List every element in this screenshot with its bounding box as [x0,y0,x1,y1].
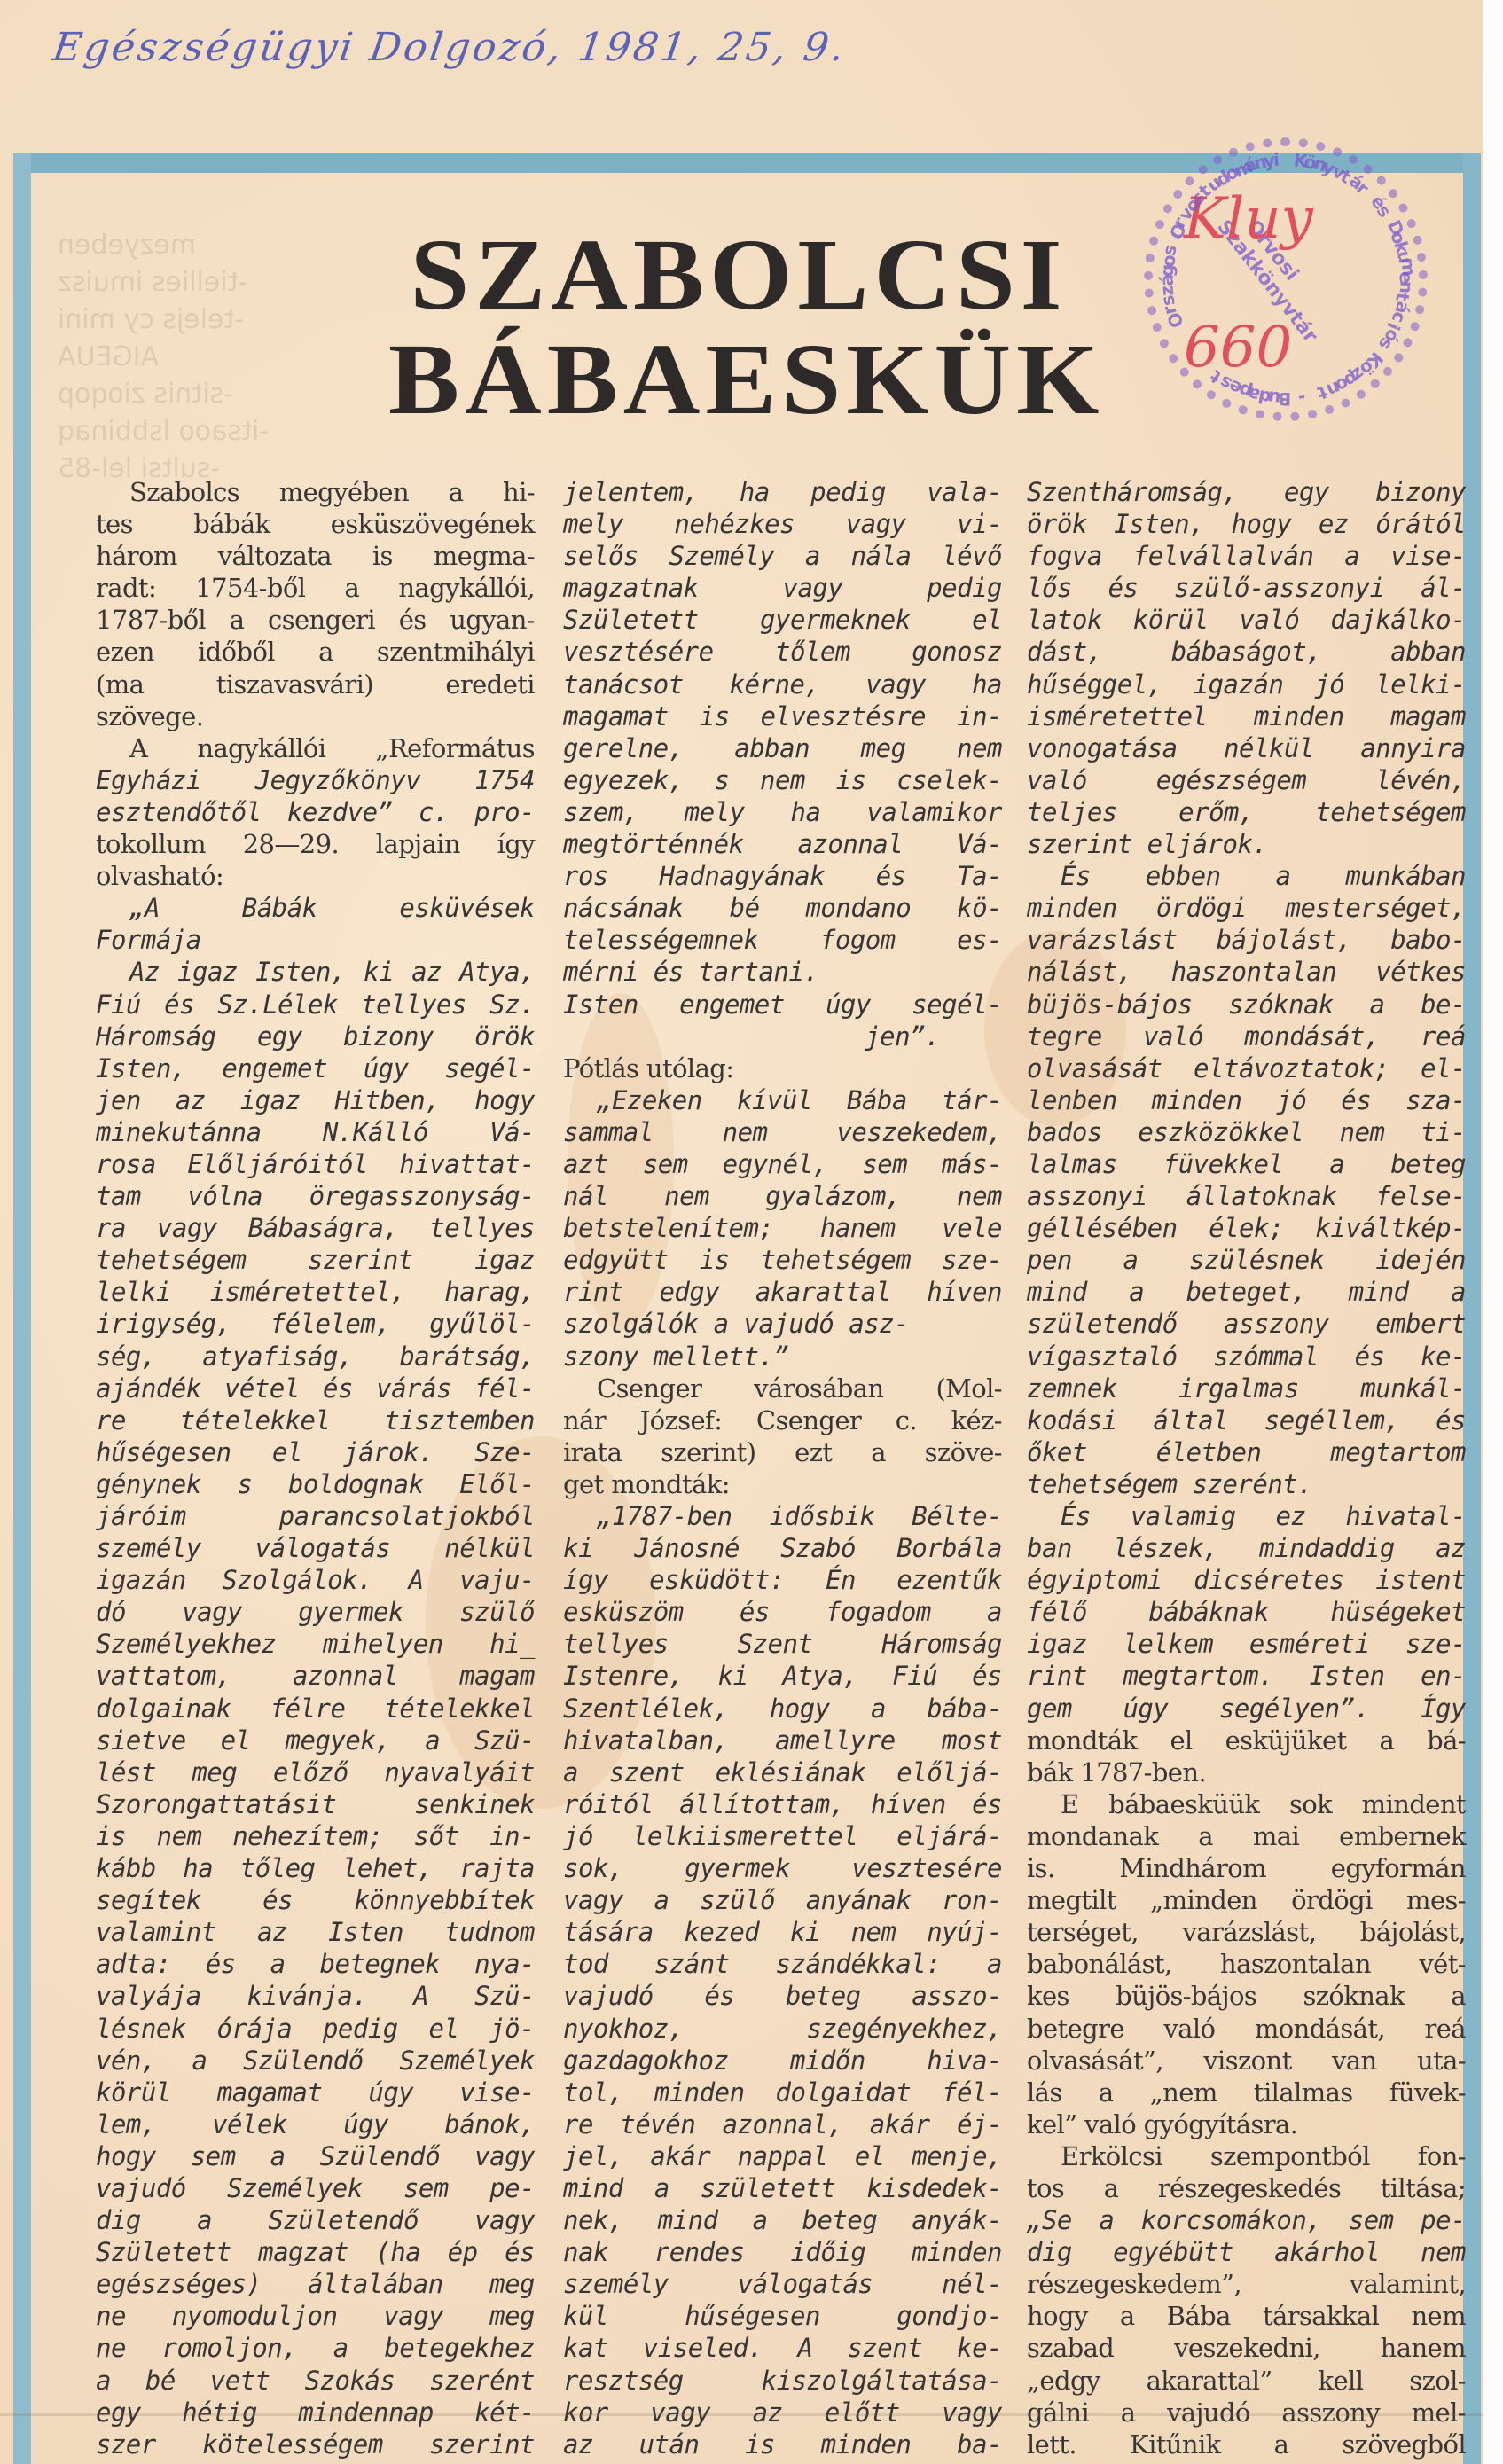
article-line: lett. Kitűnik a szövegből [1027,2429,1466,2460]
article-line: jelentem, ha pedig vala- [563,476,1002,508]
article-line: ne romoljon, a betegekhez [96,2332,535,2364]
article-line: gazdagokhoz midőn hiva- [563,2045,1002,2077]
article-line: igaz lelkem esméreti sze- [1027,1628,1466,1660]
blue-frame-left [13,153,31,2464]
article-line: ki Jánosné Szabó Borbála [563,1532,1002,1564]
article-line: azt sem egynél, sem más- [563,1148,1002,1180]
article-line: sammal nem veszekedem, [563,1116,1002,1148]
article-line: varázslást bájolást, babo- [1027,924,1466,956]
article-line: a bé vett Szokás szerént [96,2365,535,2397]
article-line: irigység, félelem, gyűlöl- [96,1308,535,1340]
article-line: három változata is megma- [96,540,535,572]
article-line: get mondták: [563,1468,1002,1500]
article-line: valyája kivánja. A Szü- [96,1980,535,2012]
article-line: tes bábák esküszövegének [96,508,535,540]
article-line: így esküdött: Én ezentűk [563,1564,1002,1596]
article-line: „Ezeken kívül Bába tár- [563,1084,1002,1116]
article-title-line-1: SZABOLCSI [388,224,1089,325]
article-line: Született gyermeknek el [563,604,1002,636]
article-line: róitól állítottam, híven és [563,1788,1002,1820]
article-line: nár József: Csenger c. kéz- [563,1404,1002,1436]
article-line: magamat is elvesztésre in- [563,700,1002,732]
article-line: lős és szülő-asszonyi ál- [1027,572,1466,604]
article-line: És valamig ez hivatal- [1027,1500,1466,1532]
article-line: rint edgy akarattal híven [563,1276,1002,1308]
article-line: „A Bábák esküvések [96,892,535,924]
article-line: tására kezed ki nem nyúj- [563,1916,1002,1948]
article-line: nak rendes időig minden [563,2236,1002,2268]
article-line: örök Isten, hogy ez órától [1027,508,1466,540]
article-line: Isten, engemet úgy segél- [96,1052,535,1084]
article-line: hűséggel, igazán jó lelki- [1027,669,1466,700]
article-line: személy válogatás nélkül [96,1532,535,1564]
article-line: ne nyomoduljon vagy meg [96,2300,535,2332]
article-line: ban lészek, mindaddig az [1027,1532,1466,1564]
article-line: olvasását”, viszont van uta- [1027,2045,1466,2077]
article-line: szolgálók a vajudó asz- [563,1308,1002,1340]
article-line: vén, a Szülendő Személyek [96,2045,535,2077]
article-line: nácsának bé mondano kö- [563,892,1002,924]
article-line: lenben minden jó és sza- [1027,1084,1466,1116]
article-line: egyezek, s nem is cselek- [563,764,1002,796]
article-line: „edgy akarattal” kell szol- [1027,2365,1466,2397]
article-line: nyokhoz, szegényekhez, [563,2013,1002,2045]
article-line: Istenre, ki Atya, Fiú és [563,1660,1002,1692]
article-line: vattatom, azonnal magam [96,1660,535,1692]
article-column-2: jelentem, ha pedig vala-mely nehézkes va… [563,476,1002,2460]
article-line: teljes erőm, tehetségem [1027,796,1466,828]
article-line: sietve el megyek, a Szü- [96,1725,535,1756]
article-line: babonálást, haszontalan vét- [1027,1948,1466,1980]
article-line: tegre való mondását, reá [1027,1021,1466,1052]
article-line: mind a beteget, mind a [1027,1276,1466,1308]
article-line: Szentháromság, egy bizony [1027,476,1466,508]
article-line: mely nehézkes vagy vi- [563,508,1002,540]
article-line: tod szánt szándékkal: a [563,1948,1002,1980]
article-line: lalmas füvekkel a beteg [1027,1148,1466,1180]
article-line: gálni a vajudó asszony mel- [1027,2397,1466,2429]
bleed-through-line: -tiellies imuisz [58,263,247,302]
article-line: szony mellett.” [563,1341,1002,1373]
article-line: gem úgy segélyen”. Így [1027,1693,1466,1725]
article-line: nál nem gyalázom, nem [563,1180,1002,1212]
scan-margin [1483,0,1503,2464]
article-line: Szorongattatásit senkinek [96,1788,535,1820]
article-line: isméretettel minden magam [1027,700,1466,732]
article-line: valamint az Isten tudnom [96,1916,535,1948]
stamp-ring-char: z [1155,285,1178,297]
article-line: ezen időből a szentmihályi [96,636,535,668]
article-line: telességemnek fogom es- [563,924,1002,956]
bleed-through-line: AIGEUA [58,338,159,377]
article-line: olvasását eltávoztatok; el- [1027,1052,1466,1084]
article-line: hűségesen el járok. Sze- [96,1436,535,1468]
article-line: kor vagy az előtt vagy [563,2397,1002,2429]
article-line: vajudó Személyek sem pe- [96,2172,535,2204]
article-line: És ebben a munkában [1027,860,1466,892]
article-line: magzatnak vagy pedig [563,572,1002,604]
article-line: rosa Előljáróitól hivattat- [96,1148,535,1180]
article-line: ajándék vétel és várás fél- [96,1373,535,1404]
article-line: dig egyébütt akárhol nem [1027,2236,1466,2268]
blue-frame-right [1463,153,1481,2464]
article-line: kül hűségesen gondjo- [563,2300,1002,2332]
article-line: Szabolcs megyében a hi- [96,476,535,508]
article-line: kat viseled. A szent ke- [563,2332,1002,2364]
article-line: is nem nehezítem; sőt in- [96,1820,535,1852]
article-line: ség, atyafiság, barátság, [96,1341,535,1373]
article-line: vonogatása nélkül annyira [1027,732,1466,764]
article-line: mind a született kisdedek- [563,2172,1002,2204]
article-line: is. Mindhárom egyformán [1027,1852,1466,1884]
article-line: dó vagy gyermek szülő [96,1596,535,1628]
article-line: Személyekhez mihelyen hi_ [96,1628,535,1660]
article-line: vagy a szülő anyának ron- [563,1884,1002,1916]
article-line: resztség kiszolgáltatása- [563,2365,1002,2397]
article-line: ra vagy Bábaságra, tellyes [96,1212,535,1244]
article-line: lelki isméretettel, harag, [96,1276,535,1308]
article-line: hogy sem a Szülendő vagy [96,2140,535,2172]
article-line: re tételekkel tisztemben [96,1404,535,1436]
article-line: lás a „nem tilalmas füvek- [1027,2077,1466,2108]
article-line: tellyes Szent Háromság [563,1628,1002,1660]
article-line: dig a Születendő vagy [96,2204,535,2236]
article-line: mérni és tartani. [563,956,1002,988]
article-line: igazán Szolgálok. A vaju- [96,1564,535,1596]
article-line: születendő asszony embert [1027,1308,1466,1340]
article-line: jen az igaz Hitben, hogy [96,1084,535,1116]
article-line: Szentlélek, hogy a bába- [563,1693,1002,1725]
article-line: latok körül való dajkálko- [1027,604,1466,636]
article-line: „Se a korcsomákon, sem pe- [1027,2204,1466,2236]
article-line: bados eszközökkel nem ti- [1027,1116,1466,1148]
article-line: 1787-ből a csengeri és ugyan- [96,604,535,636]
article-line: terséget, varázslást, bájolást, [1027,1916,1466,1948]
article-line: tanácsot kérne, vagy ha [563,669,1002,700]
article-line: adta: és a betegnek nya- [96,1948,535,1980]
bleed-through-line: mezyeben [58,226,196,265]
article-line: kel” való gyógyításra. [1027,2108,1466,2140]
article-line: „1787-ben idősbik Bélte- [563,1500,1002,1532]
article-line: Isten engemet úgy segél- [563,989,1002,1021]
article-line: kodási által segéllem, és [1027,1404,1466,1436]
article-line: szabad veszekedni, hanem [1027,2332,1466,2364]
article-line: tos a részegeskedés tiltása; [1027,2172,1466,2204]
article-line: géllésében élek; kiváltkép- [1027,1212,1466,1244]
article-line: betegre való mondását, reá [1027,2013,1466,2045]
article-line: büjös-bájos szóknak a be- [1027,989,1466,1021]
article-line: lem, vélek úgy bánok, [96,2108,535,2140]
article-line: irata szerint) ezt a szöve- [563,1436,1002,1468]
article-line: őket életben megtartom [1027,1436,1466,1468]
article-line: kább ha tőleg lehet, rajta [96,1852,535,1884]
article-line: pen a szülésnek idején [1027,1244,1466,1276]
article-line: félő bábáknak hüségeket [1027,1596,1466,1628]
article-line: olvasható: [96,860,535,892]
article-line: segítek és könnyebbítek [96,1884,535,1916]
article-line: szer kötelességem szerint [96,2429,535,2460]
article-line: Csenger városában (Mol- [563,1373,1002,1404]
article-line: Egyházi Jegyzőkönyv 1754 [96,764,535,796]
article-line: asszonyi állatoknak felse- [1027,1180,1466,1212]
article-line: selős Személy a nála lévő [563,540,1002,572]
handwritten-number: 660 [1184,315,1292,380]
article-line: ros Hadnagyának és Ta- [563,860,1002,892]
article-line: génynek s boldognak Elől- [96,1468,535,1500]
article-line: körül magamat úgy vise- [96,2077,535,2108]
article-line: nek, mind a beteg anyák- [563,2204,1002,2236]
article-line: zemnek irgalmas munkál- [1027,1373,1466,1404]
article-line: Háromság egy bizony örök [96,1021,535,1052]
article-line: szerint eljárok. [1027,828,1466,860]
article-line: szem, mely ha valamikor [563,796,1002,828]
article-line: tol, minden dolgaidat fél- [563,2077,1002,2108]
article-line: lésnek órája pedig el jö- [96,2013,535,2045]
article-line: rint megtartom. Isten en- [1027,1660,1466,1692]
article-line: Az igaz Isten, ki az Atya, [96,956,535,988]
article-column-3: Szentháromság, egy bizonyörök Isten, hog… [1027,476,1466,2460]
article-line: dolgainak félre tételekkel [96,1693,535,1725]
article-line: nálást, haszontalan vétkes [1027,956,1466,988]
article-line: tam vólna öregasszonyság- [96,1180,535,1212]
handwritten-source-note: Egészségügyi Dolgozó, 1981, 25, 9. [50,25,849,70]
paper-fold-crease [0,2413,1483,2416]
article-line: kes büjös-bájos szóknak a [1027,1980,1466,2012]
article-line: lést meg előző nyavalyáit [96,1756,535,1788]
bleed-through-line: -telejs cy mini [58,301,244,340]
article-line: esküszöm és fogadom a [563,1596,1002,1628]
article-line: hogy a Bába társakkal nem [1027,2300,1466,2332]
article-line: dást, bábaságot, abban [1027,636,1466,668]
article-line: radt: 1754-ből a nagykállói, [96,572,535,604]
article-line: jel, akár nappal el menje, [563,2140,1002,2172]
article-line: személy válogatás nél- [563,2268,1002,2300]
article-line: hivatalban, amellyre most [563,1725,1002,1756]
bleed-through-line: -itsaoo lsbbinaq [58,412,269,451]
article-line: edgyütt is tehetségem sze- [563,1244,1002,1276]
article-line: sok, gyermek vesztesére [563,1852,1002,1884]
article-line: egy hétig mindennap két- [96,2397,535,2429]
article-line: vígasztaló szómmal és ke- [1027,1341,1466,1373]
article-line: való egészségem lévén, [1027,764,1466,796]
article-line: Pótlás utólag: [563,1052,1002,1084]
article-line: minekutánna N.Kálló Vá- [96,1116,535,1148]
article-line: minden ördögi mesterséget, [1027,892,1466,924]
article-line: bák 1787-ben. [1027,1756,1466,1788]
article-column-1: Szabolcs megyében a hi-tes bábák esküszö… [96,476,535,2460]
article-title-line-2: BÁBAESKÜK [388,329,1089,430]
article-line: az után is minden ba- [563,2429,1002,2460]
article-line: A nagykállói „Református [96,732,535,764]
article-line: tokollum 28—29. lapjain így [96,828,535,860]
article-line: fogva felvállalván a vise- [1027,540,1466,572]
article-line: mondták el esküjüket a bá- [1027,1725,1466,1756]
article-line: vajudó és beteg asszo- [563,1980,1002,2012]
article-line: égyiptomi dicséretes istent [1027,1564,1466,1596]
article-line: szövege. [96,700,535,732]
article-line: Fiú és Sz.Lélek tellyes Sz. [96,989,535,1021]
article-line: re tévén azonnal, akár éj- [563,2108,1002,2140]
article-line: Formája [96,924,535,956]
article-line: megtörténnék azonnal Vá- [563,828,1002,860]
article-line: esztendőtől kezdve” c. pro- [96,796,535,828]
article-line: betstelenítem; hanem vele [563,1212,1002,1244]
article-line: egészséges) általában meg [96,2268,535,2300]
bleed-through-line: -sitnis zioqop [58,375,233,414]
article-line: jó lelkiismerettel eljárá- [563,1820,1002,1852]
article-line: a szent eklésiának előljá- [563,1756,1002,1788]
article-line: megtilt „minden ördögi mes- [1027,1884,1466,1916]
article-line: tehetségem szerént. [1027,1468,1466,1500]
article-line: jen”. [563,1021,1002,1052]
article-line: Született magzat (ha ép és [96,2236,535,2268]
article-line: Erkölcsi szempontból fon- [1027,2140,1466,2172]
article-line: E bábaesküük sok mindent [1027,1788,1466,1820]
article-line: gerelne, abban meg nem [563,732,1002,764]
article-line: tehetségem szerint igaz [96,1244,535,1276]
article-line: vesztésére tőlem gonosz [563,636,1002,668]
article-line: mondanak a mai embernek [1027,1820,1466,1852]
article-line: (ma tiszavasvári) eredeti [96,669,535,700]
article-line: járóim parancsolatjokból [96,1500,535,1532]
article-line: részegeskedem”, valamint, [1027,2268,1466,2300]
